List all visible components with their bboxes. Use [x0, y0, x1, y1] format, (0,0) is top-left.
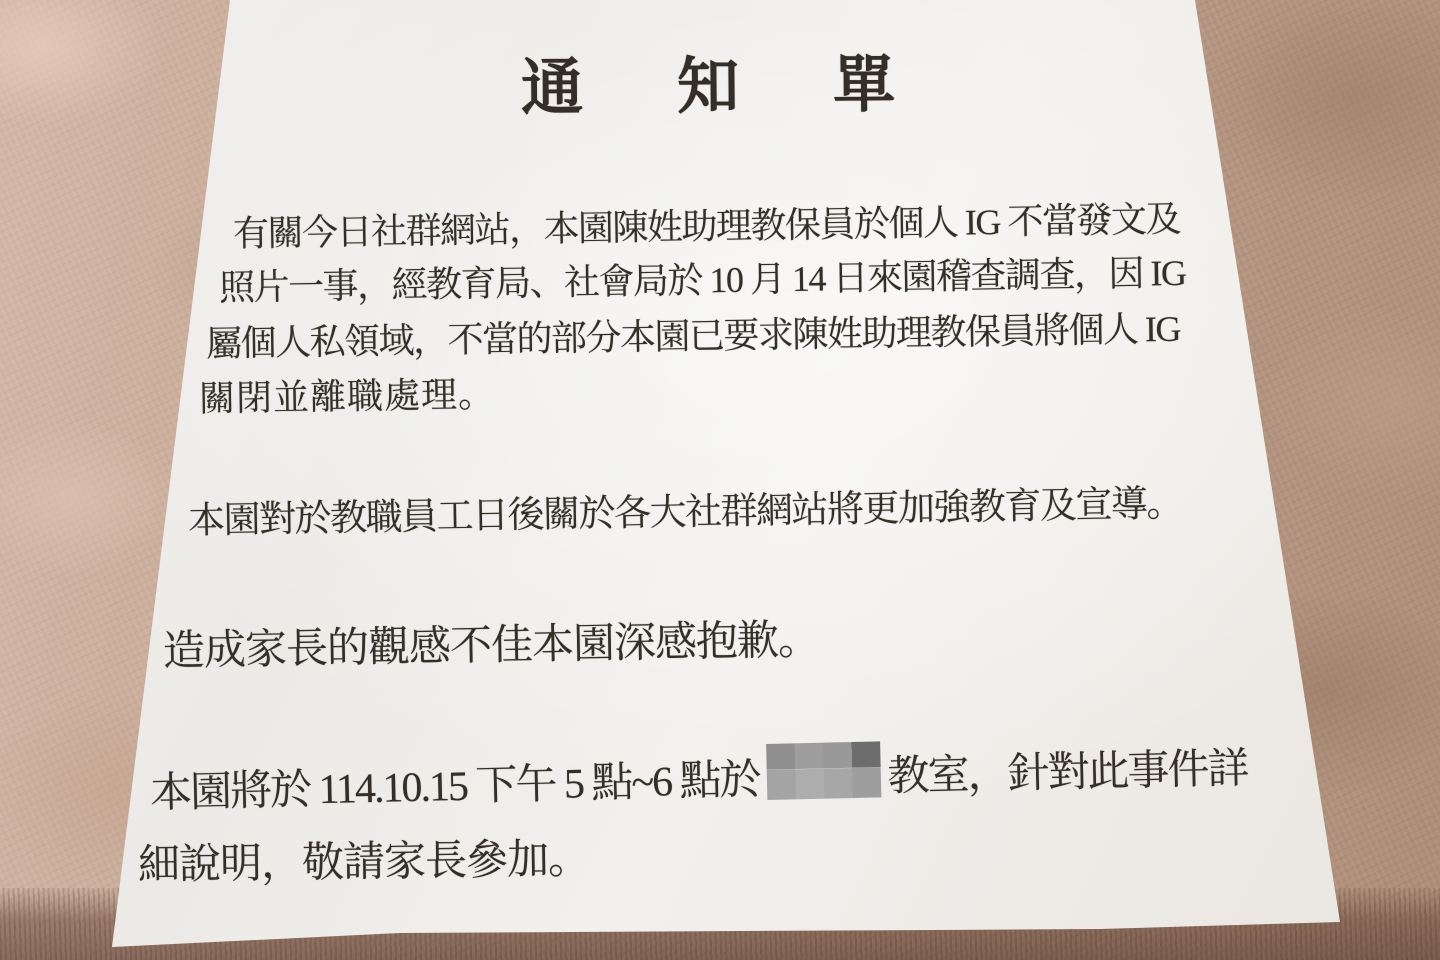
paragraph4-before-redaction: 本園將於 114.10.15 下午 5 點~6 點於 [149, 746, 760, 820]
paragraph4-line1: 本園將於 114.10.15 下午 5 點~6 點於 教室，針對此事件詳 [149, 735, 1248, 820]
paragraph3: 造成家長的觀感不佳本園深感抱歉。 [162, 607, 819, 678]
notice-title: 通知單 [521, 34, 990, 127]
redaction-pixelation [766, 741, 881, 800]
paragraph1-line3: 屬個人私領域，不當的部分本園已要求陳姓助理教保員將個人 IG [206, 301, 1181, 367]
photo-of-notice: 通知單 有關今日社群網站，本園陳姓助理教保員於個人 IG 不當發文及 照片一事，… [0, 0, 1440, 960]
paragraph4-line2: 細說明，敬請家長參加。 [138, 826, 590, 892]
paragraph1-line4: 關閉並離職處理。 [199, 366, 496, 422]
paragraph4-after-redaction: 教室，針對此事件詳 [887, 735, 1248, 803]
paragraph2: 本園對於教職員工日後關於各大社群網站將更加強教育及宣導。 [188, 473, 1183, 544]
